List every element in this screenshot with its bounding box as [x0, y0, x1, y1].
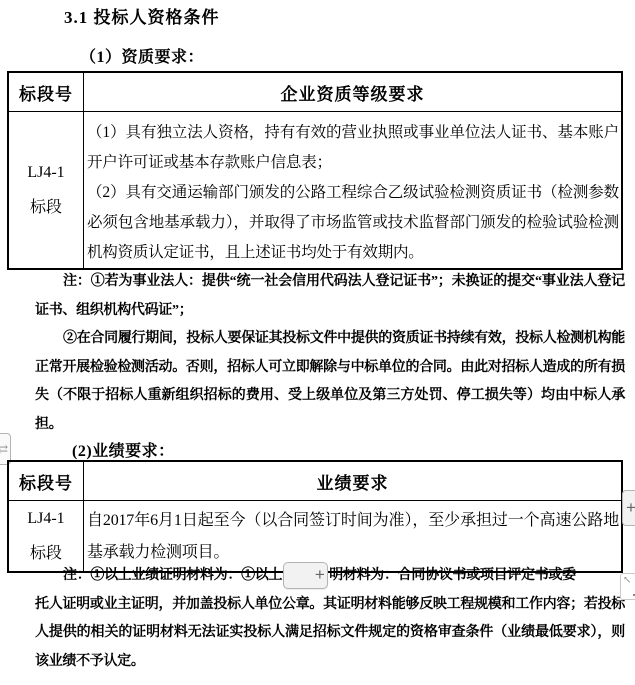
qualification-requirements-label: （1）资质要求：	[80, 44, 204, 67]
performance-requirements-label: (2)业绩要求：	[72, 438, 175, 461]
table-row: LJ4-1 标段 （1）具有独立法人资格，持有有效的营业执照或事业单位法人证书、…	[8, 112, 622, 270]
performance-requirement-text: 自2017年6月1日起至今（以合同签订时间为准），至少承担过一个高速公路地基承载…	[84, 503, 621, 569]
move-glyph-icon: ⇄	[0, 442, 8, 457]
lot-number: LJ4-1	[9, 501, 83, 536]
performance-note-rest: 托人证明或业主证明，并加盖投标人单位公章。其证明材料能够反映工程规模和工作内容；…	[35, 591, 625, 677]
table-header-row: 标段号 企业资质等级要求	[8, 72, 622, 112]
performance-table-header-lot: 标段号	[8, 461, 84, 501]
table-resize-handle-icon[interactable]: ↖	[620, 573, 635, 600]
qualification-item-1: （1）具有独立法人资格，持有有效的营业执照或事业单位法人证书、基本账户开户许可证…	[84, 112, 621, 178]
performance-note-before-plus: 注：①以上业绩证明材料为：①以上	[63, 568, 282, 583]
qualification-table-header-lot: 标段号	[8, 72, 84, 112]
lot-number: LJ4-1	[9, 155, 83, 190]
qualification-note-para-2: ②在合同履行期间，投标人要保证其投标文件中提供的资质证书持续有效，投标人检测机构…	[35, 325, 625, 439]
qualification-item-2: （2）具有交通运输部门颁发的公路工程综合乙级试验检测资质证书（检测参数必须包含地…	[84, 178, 621, 268]
performance-note: 注：①以上业绩证明材料为：①以上+明材料为：合同协议书或项目评定书或委 托人证明…	[35, 562, 625, 676]
lot-label: 标段	[9, 190, 83, 225]
section-heading: 3.1 投标人资格条件	[64, 3, 220, 28]
table-header-row: 标段号 业绩要求	[8, 461, 622, 501]
qualification-note-para-1: 注：①若为事业法人：提供“统一社会信用代码法人登记证书”；未换证的提交“事业法人…	[35, 268, 625, 325]
resize-arrow-icon: ↖	[623, 575, 631, 586]
qualification-note: 注：①若为事业法人：提供“统一社会信用代码法人登记证书”；未换证的提交“事业法人…	[35, 268, 625, 440]
document-page: 3.1 投标人资格条件 （1）资质要求： 标段号 企业资质等级要求 LJ4-1 …	[0, 0, 635, 685]
plus-button-right-icon[interactable]: +	[622, 490, 635, 526]
qualification-requirement-cell: （1）具有独立法人资格，持有有效的营业执照或事业单位法人证书、基本账户开户许可证…	[84, 112, 623, 270]
qualification-table: 标段号 企业资质等级要求 LJ4-1 标段 （1）具有独立法人资格，持有有效的营…	[7, 71, 623, 270]
qualification-table-header-requirement: 企业资质等级要求	[84, 72, 623, 112]
performance-table-header-requirement: 业绩要求	[84, 461, 623, 501]
plus-button-icon[interactable]: +	[283, 562, 328, 589]
performance-note-after-plus: 明材料为：合同协议书或项目评定书或委	[329, 568, 576, 583]
qualification-lot-cell: LJ4-1 标段	[8, 112, 84, 270]
performance-table: 标段号 业绩要求 LJ4-1 标段 自2017年6月1日起至今（以合同签订时间为…	[7, 460, 623, 573]
performance-note-line-1: 注：①以上业绩证明材料为：①以上+明材料为：合同协议书或项目评定书或委	[35, 562, 625, 591]
